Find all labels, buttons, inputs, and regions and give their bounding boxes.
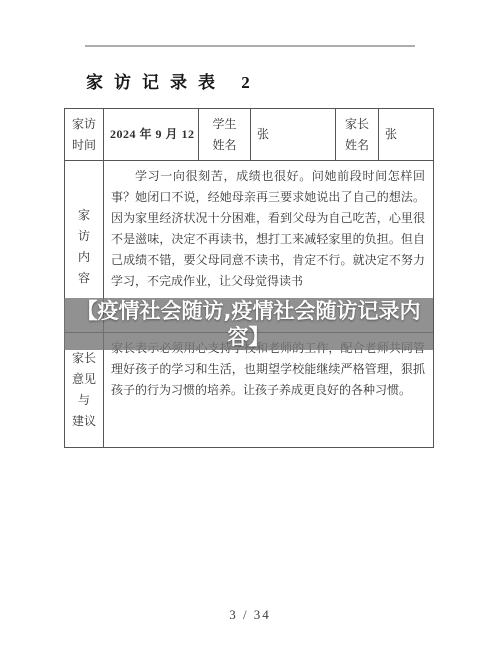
page-title: 家访记录表 2 (86, 68, 261, 93)
title-divider-rule (85, 45, 415, 47)
page-number-indicator: 3 / 34 (0, 607, 500, 623)
visit-time-label: 家访 时间 (65, 109, 104, 161)
visit-time-value: 2024 年 9 月 12 日 (104, 109, 199, 161)
parent-name-value: 张 (379, 109, 434, 161)
table-row-header: 家访 时间 2024 年 9 月 12 日 学生 姓名 张 家长 姓名 张 (65, 109, 434, 161)
document-page: 家访记录表 2 家访 时间 2024 年 9 月 12 日 学生 姓名 张 家长… (0, 0, 500, 652)
student-name-value: 张 (251, 109, 336, 161)
home-visit-form-table: 家访 时间 2024 年 9 月 12 日 学生 姓名 张 家长 姓名 张 家 … (64, 108, 433, 448)
watermark-overlay-band: 【疫情社会随访,疫情社会随访记录内 容】 (64, 298, 433, 350)
watermark-text: 【疫情社会随访,疫情社会随访记录内 容】 (77, 298, 421, 350)
student-name-label: 学生 姓名 (199, 109, 251, 161)
parent-name-label: 家长 姓名 (336, 109, 379, 161)
